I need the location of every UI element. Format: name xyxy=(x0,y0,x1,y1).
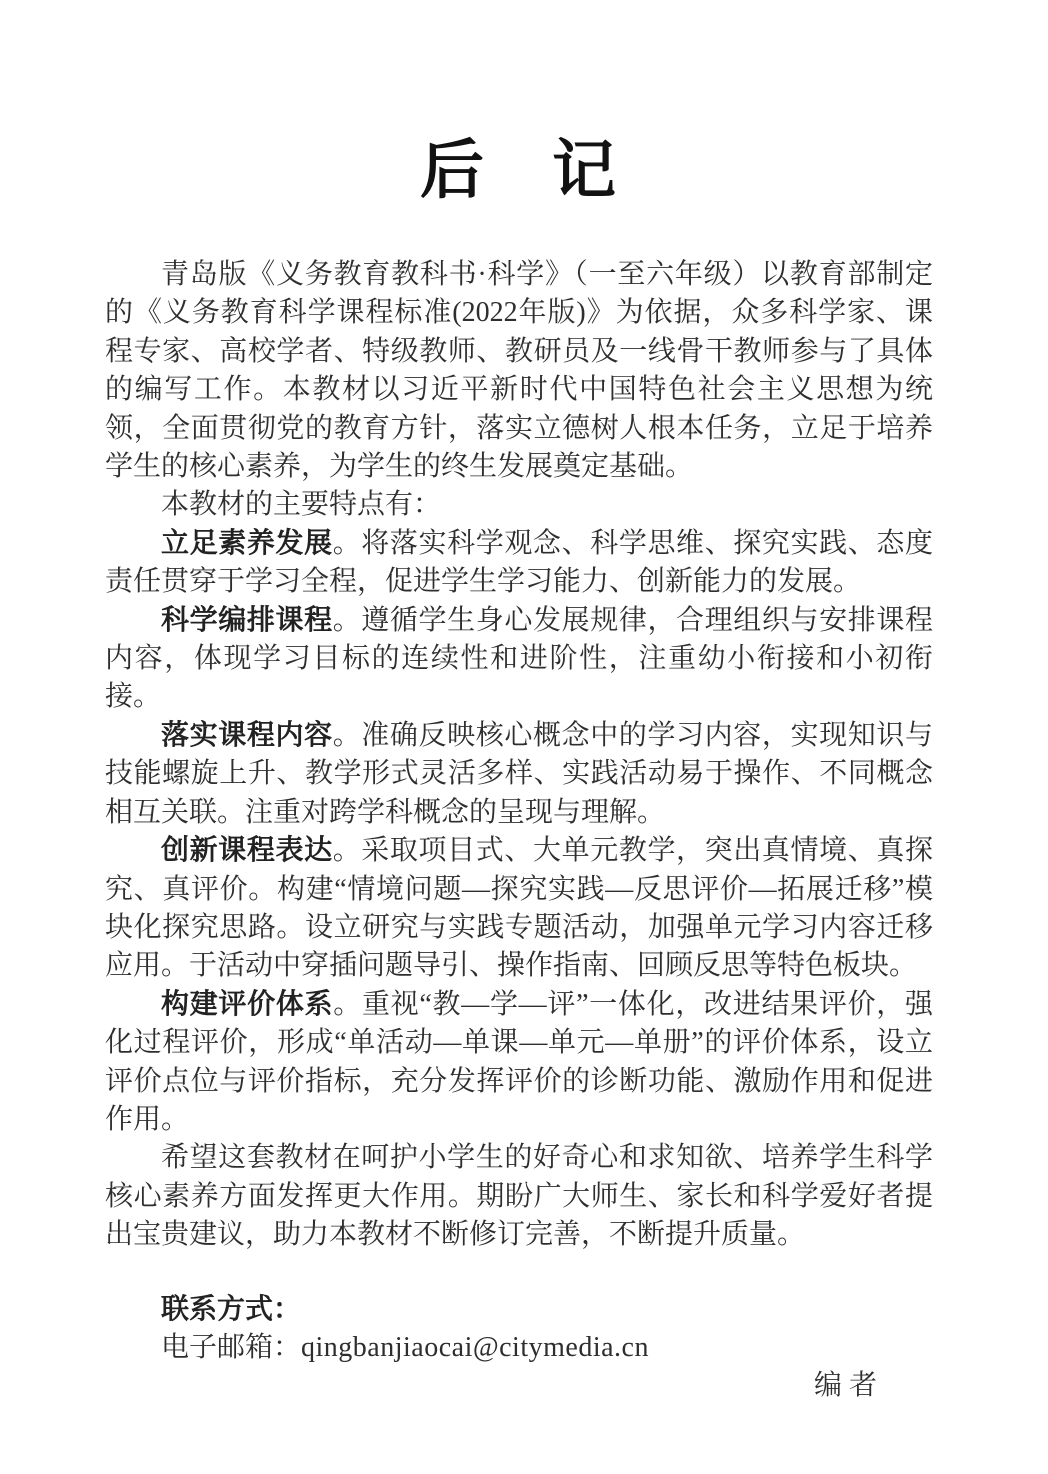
document-page: 后 记 青岛版《义务教育教科书·科学》（一至六年级）以教育部制定的《义务教育科学… xyxy=(0,0,1048,1474)
paragraph: 希望这套教材在呵护小学生的好奇心和求知欲、培养学生科学核心素养方面发挥更大作用。… xyxy=(105,1139,933,1254)
paragraph: 创新课程表达。采取项目式、大单元教学，突出真情境、真探究、真评价。构建“情境问题… xyxy=(105,832,933,986)
email-label: 电子邮箱： xyxy=(161,1332,301,1363)
paragraph-lead: 立足素养发展 xyxy=(161,528,333,559)
page-title: 后 记 xyxy=(105,138,933,204)
signature: 编 者 xyxy=(105,1367,933,1405)
contact-section: 联系方式： 电子邮箱：qingbanjiaocai@citymedia.cn xyxy=(105,1291,933,1368)
contact-heading: 联系方式： xyxy=(105,1291,933,1329)
body-text: 青岛版《义务教育教科书·科学》（一至六年级）以教育部制定的《义务教育科学课程标准… xyxy=(105,256,933,1255)
paragraph-lead: 构建评价体系 xyxy=(161,989,333,1020)
paragraph: 构建评价体系。重视“教—学—评”一体化，改进结果评价，强化过程评价，形成“单活动… xyxy=(105,986,933,1140)
contact-email-line: 电子邮箱：qingbanjiaocai@citymedia.cn xyxy=(105,1329,933,1367)
paragraph: 落实课程内容。准确反映核心概念中的学习内容，实现知识与技能螺旋上升、教学形式灵活… xyxy=(105,717,933,832)
paragraph: 青岛版《义务教育教科书·科学》（一至六年级）以教育部制定的《义务教育科学课程标准… xyxy=(105,256,933,486)
paragraph: 本教材的主要特点有： xyxy=(105,486,933,524)
email-address: qingbanjiaocai@citymedia.cn xyxy=(301,1332,649,1363)
paragraph: 科学编排课程。遵循学生身心发展规律，合理组织与安排课程内容，体现学习目标的连续性… xyxy=(105,602,933,717)
paragraph: 立足素养发展。将落实科学观念、科学思维、探究实践、态度责任贯穿于学习全程，促进学… xyxy=(105,525,933,602)
paragraph-lead: 落实课程内容 xyxy=(161,720,333,751)
paragraph-lead: 创新课程表达 xyxy=(161,835,333,866)
paragraph-lead: 科学编排课程 xyxy=(161,605,333,636)
